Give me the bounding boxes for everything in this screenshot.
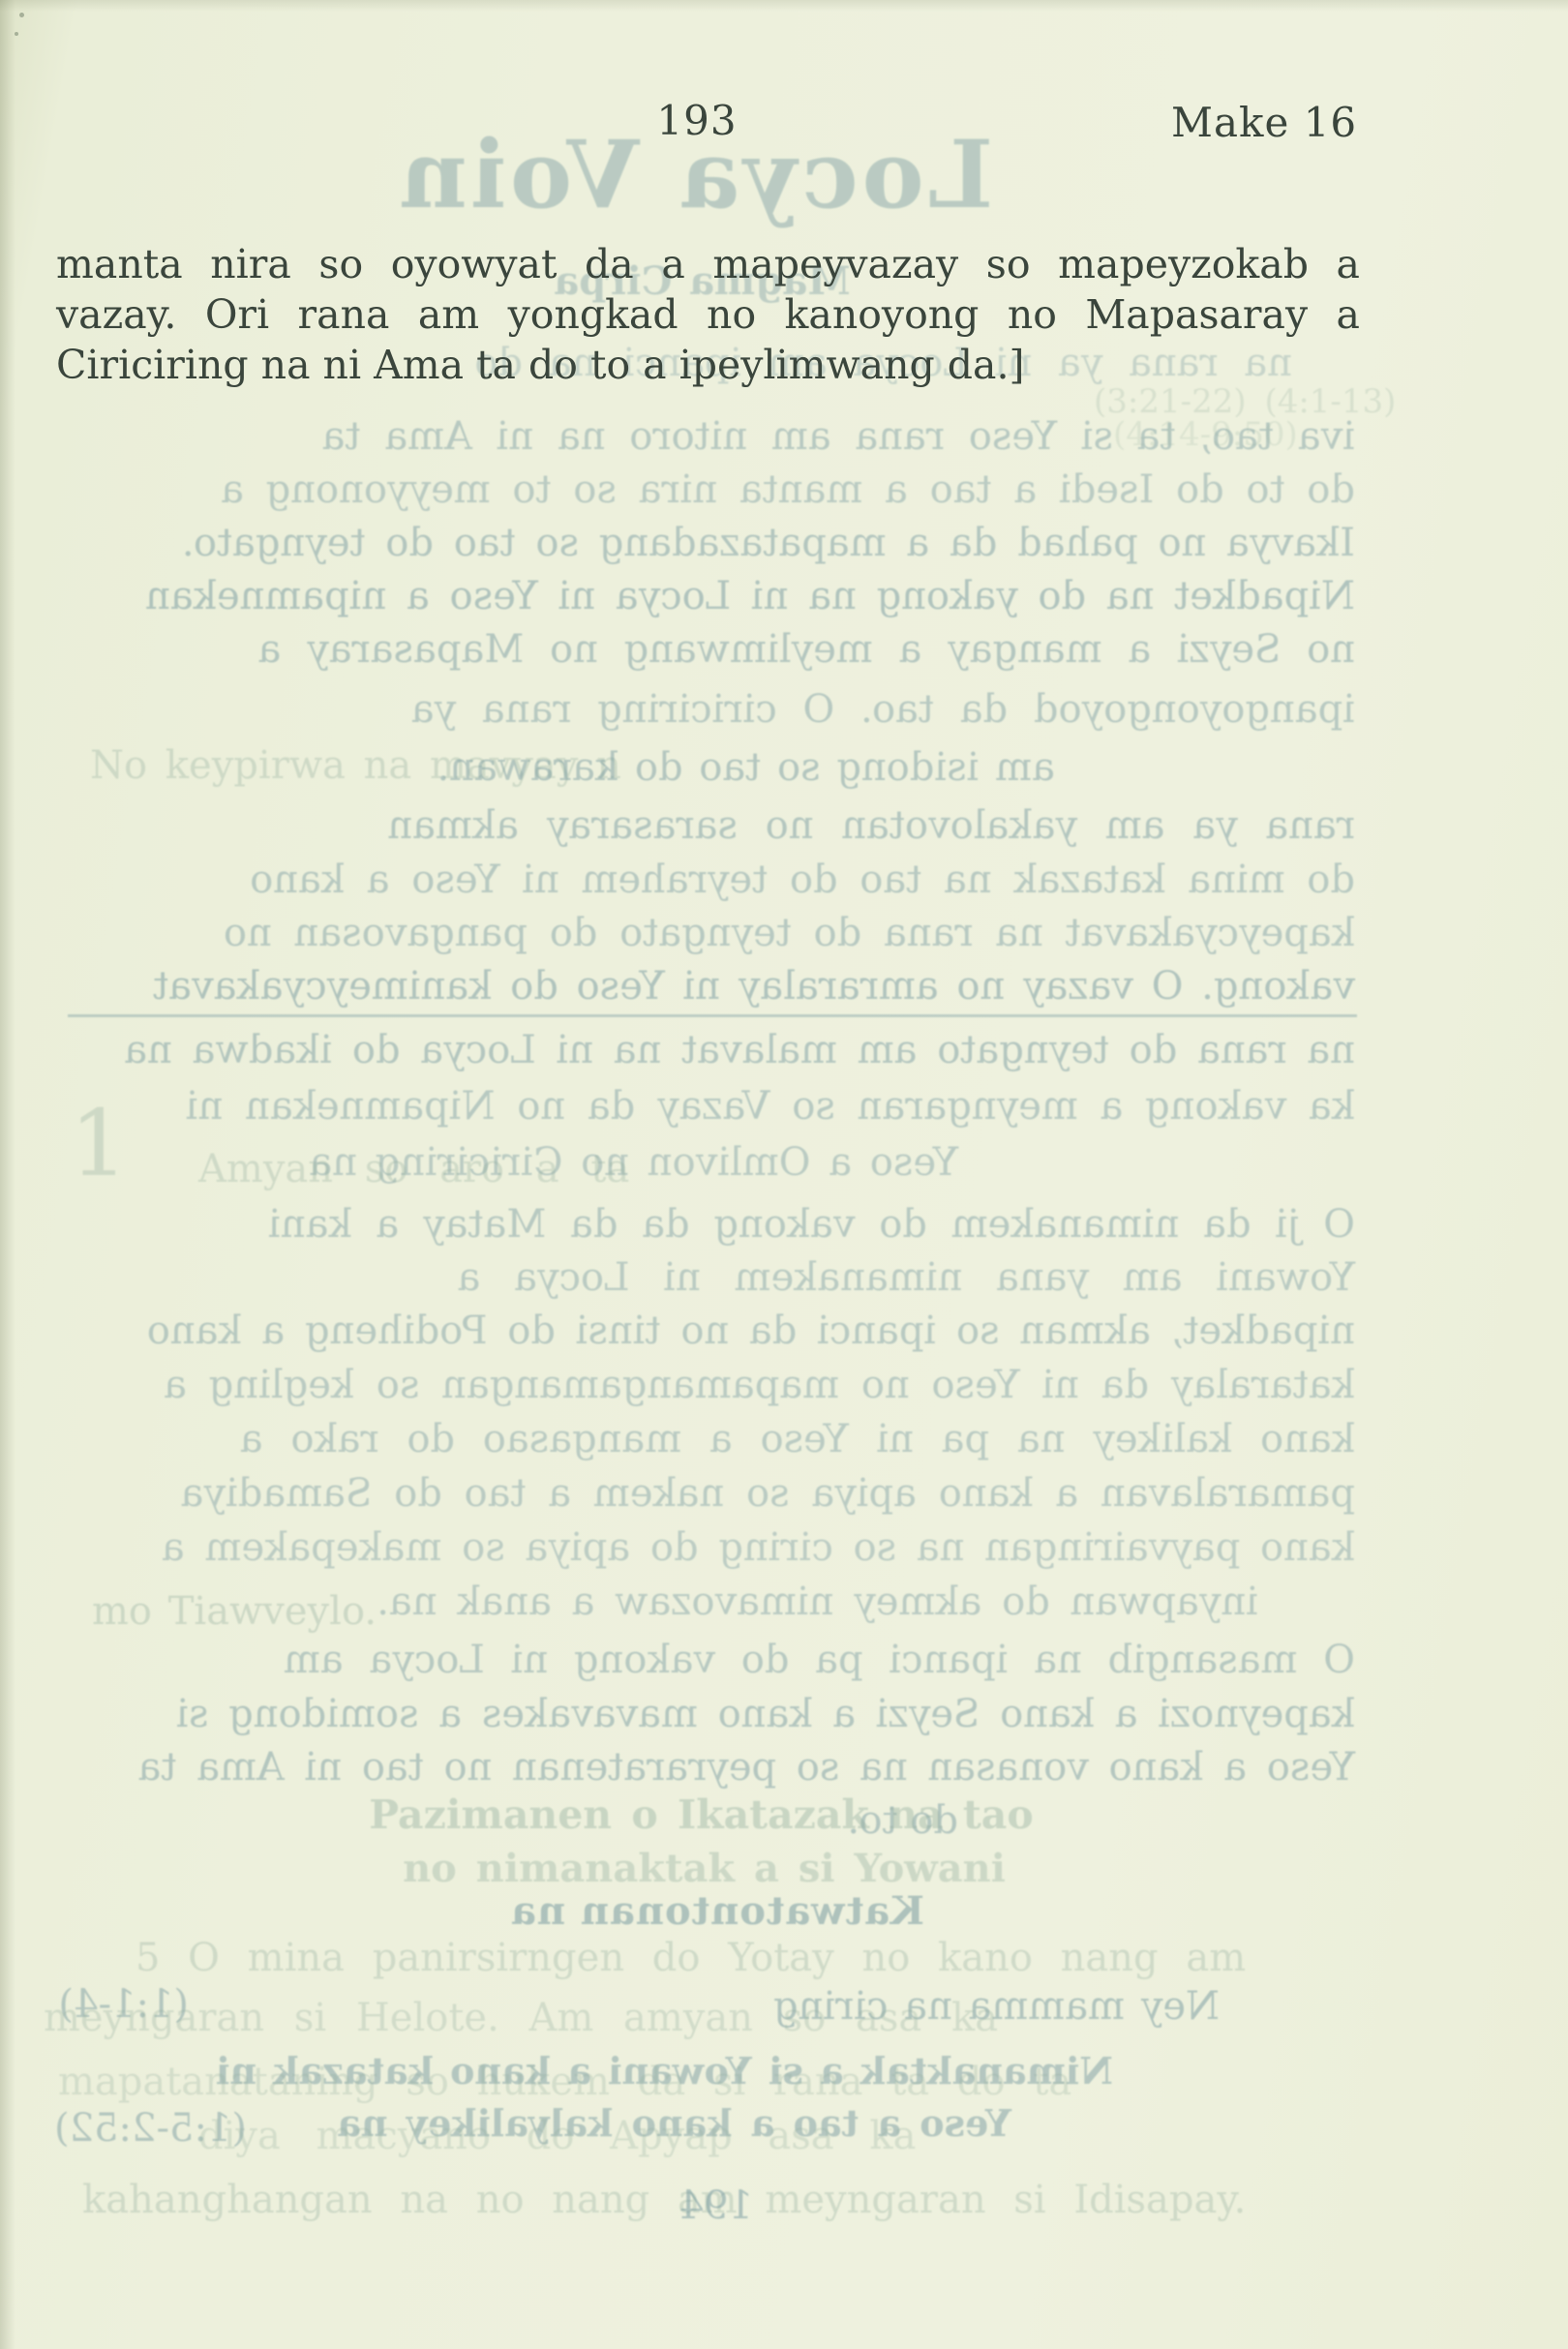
page-number: 193 bbox=[639, 97, 755, 144]
paragraph-line: Ciriciring na ni Ama ta do to a ipeylimw… bbox=[56, 341, 1360, 390]
scanned-book-page: Locya VoinMagma Cirpana rana ya ni Locya… bbox=[0, 0, 1568, 2349]
paragraph-line: vazay. Ori rana am yongkad no kanoyong n… bbox=[56, 290, 1360, 340]
paragraph-line: manta nira so oyowyat da a mapeyvazay so… bbox=[56, 240, 1360, 289]
printed-content-layer: 193 Make 16 manta nira so oyowyat da a m… bbox=[0, 0, 1568, 2349]
running-head-book-reference: Make 16 bbox=[1171, 99, 1365, 146]
